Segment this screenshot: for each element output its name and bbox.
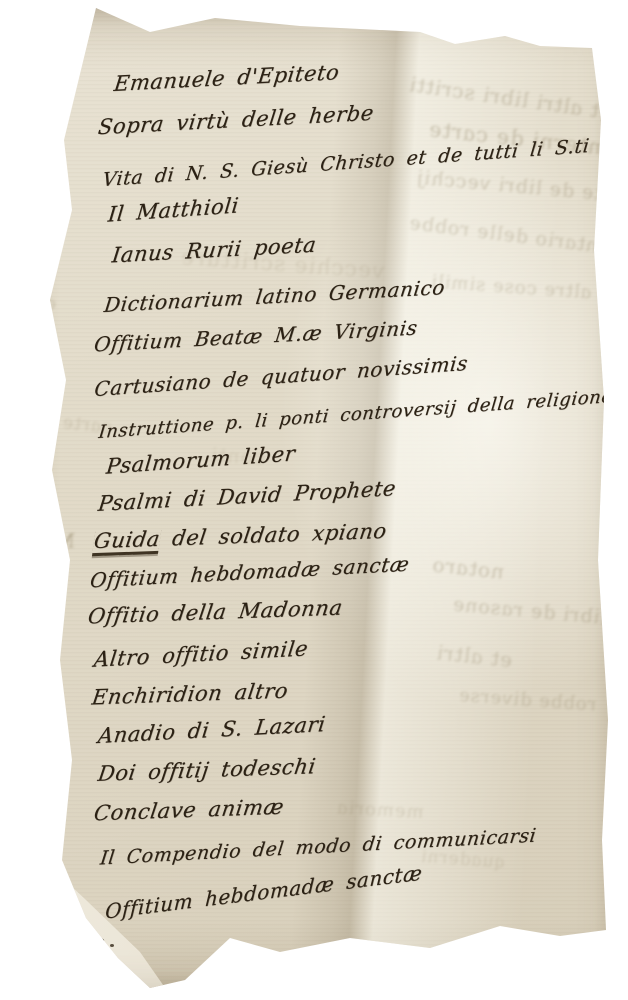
manuscript-line: Offitium hebdomadæ sanctæ bbox=[105, 860, 423, 923]
manuscript-line: Altro offitio simile bbox=[93, 636, 310, 671]
manuscript-line: Cartusiano de quatuor novissimis bbox=[93, 351, 469, 401]
bleedthrough-text: carte et libri bbox=[0, 406, 114, 438]
manuscript-line: Offitium hebdomadæ sanctæ bbox=[89, 552, 411, 593]
bleedthrough-text: robbe diverse bbox=[456, 685, 599, 715]
bleedthrough-text: et altri bbox=[433, 640, 516, 671]
manuscript-line: Emanuele d'Epiteto bbox=[113, 60, 341, 96]
bleedthrough-text: del anno bbox=[0, 290, 58, 313]
manuscript-page: et altri libri scritti quinterni de cart… bbox=[0, 0, 628, 1000]
bleedthrough-text: Milano bbox=[0, 526, 77, 553]
bleedthrough-text: sorte de libri vecchij bbox=[414, 167, 628, 208]
bleedthrough-text: notaro bbox=[429, 552, 508, 583]
manuscript-line: Doi offitij todeschi bbox=[96, 754, 317, 786]
manuscript-line: Guida del soldato xpiano bbox=[92, 519, 388, 553]
manuscript-line: Anadio di S. Lazari bbox=[97, 712, 327, 748]
manuscript-line: Conclave animæ bbox=[92, 795, 285, 826]
manuscript-photo: et altri libri scritti quinterni de cart… bbox=[0, 0, 628, 1000]
bleedthrough-text: memoria bbox=[334, 798, 426, 823]
manuscript-line: Psalmi di David Prophete bbox=[97, 476, 398, 516]
bleedthrough-text: libri de rasone bbox=[449, 593, 609, 628]
manuscript-line: Dictionarium latino Germanico bbox=[103, 275, 447, 317]
bleedthrough-text: scritture bbox=[0, 137, 68, 163]
bleedthrough-text: inventario delle robbe bbox=[406, 212, 628, 262]
bleedthrough-text: et altre cose simili bbox=[428, 272, 621, 306]
manuscript-line: Offitium Beatæ M.æ Virginis bbox=[93, 315, 419, 356]
ink-blot bbox=[110, 944, 114, 947]
manuscript-line-rest: del soldato xpiano bbox=[171, 519, 389, 551]
manuscript-line: Enchiridion altro bbox=[90, 679, 289, 710]
bleedthrough-text: et altri libri scritti bbox=[405, 72, 615, 124]
underlined-word: Guida bbox=[92, 527, 162, 556]
manuscript-line: Offitio della Madonna bbox=[86, 595, 344, 628]
manuscript-line: Il Matthioli bbox=[107, 193, 240, 226]
manuscript-line: Psalmorum liber bbox=[105, 441, 297, 478]
manuscript-line: Sopra virtù delle herbe bbox=[97, 101, 376, 140]
ink-blot bbox=[96, 937, 105, 945]
